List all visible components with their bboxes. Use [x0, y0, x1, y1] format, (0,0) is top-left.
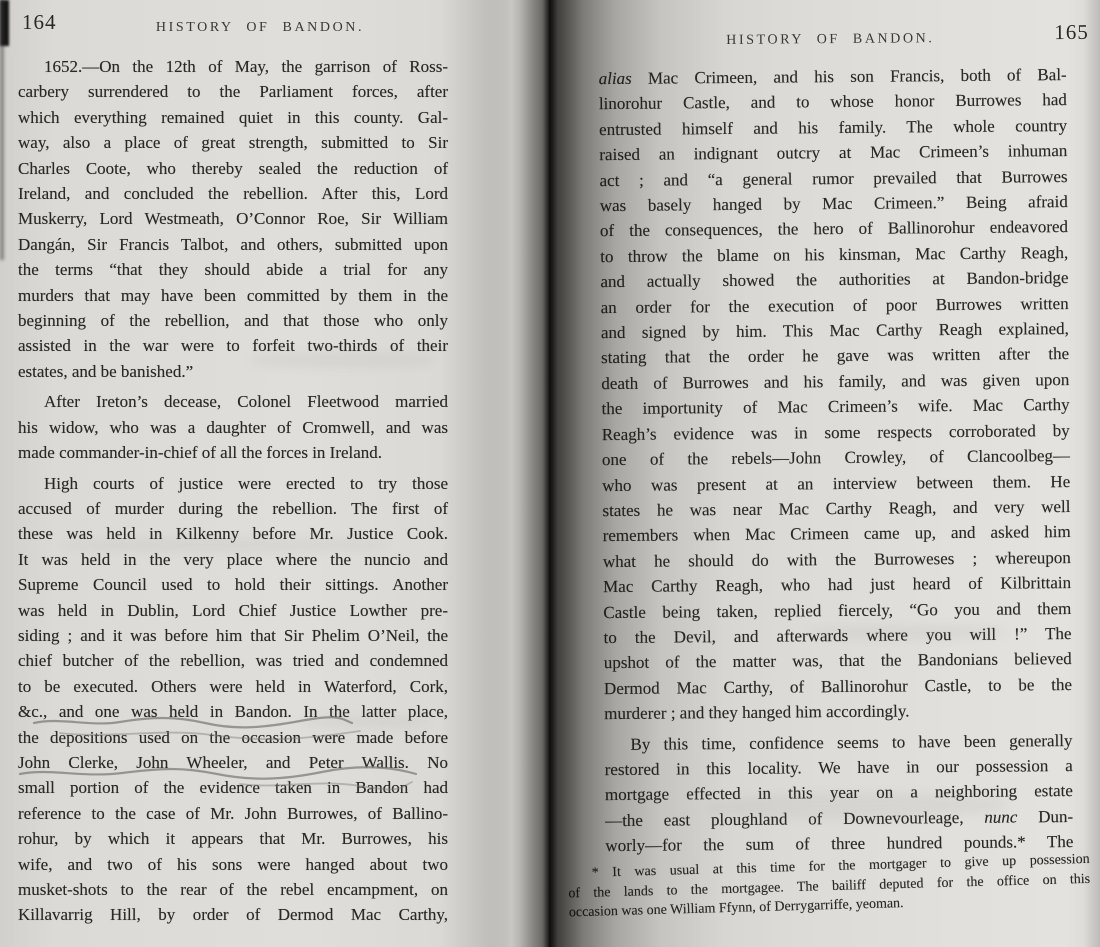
- text-line: murderer ; and they hanged him according…: [604, 697, 1072, 726]
- text-line: rohur, by which it appears that Mr. Burr…: [18, 826, 448, 851]
- text-line: After Ireton’s decease, Colonel Fleetwoo…: [18, 389, 448, 414]
- text-line: siding ; and it was before him that Sir …: [18, 623, 448, 648]
- bleedthrough-smudge: [60, 538, 390, 552]
- scan-edge-artifact: [0, 0, 4, 260]
- text-line: John Clerke, John Wheeler, and Peter Wal…: [18, 750, 448, 775]
- running-header-right: HISTORY OF BANDON.: [680, 31, 980, 50]
- text-line: the importunity of Mac Crimeen’s wife. M…: [601, 392, 1069, 421]
- page-number-left: 164: [22, 10, 57, 35]
- text-line: reference to the case of Mr. John Burrow…: [18, 801, 448, 826]
- text-line: beginning of the rebellion, and that tho…: [18, 308, 448, 333]
- text-line: to be executed. Others were held in Wate…: [18, 674, 448, 699]
- text-line: Muskerry, Lord Westmeath, O’Connor Roe, …: [18, 206, 448, 231]
- text-line: of the consequences, the hero of Ballino…: [600, 214, 1068, 243]
- text-line: small portion of the evidence taken in B…: [18, 775, 448, 800]
- text-line: the terms “that they should abide a tria…: [18, 257, 448, 282]
- text-line: musket-shots to the rear of the rebel en…: [18, 877, 448, 902]
- text-line: his widow, who was a daughter of Cromwel…: [18, 415, 448, 440]
- text-line: Dermod Mac Carthy, of Ballinorohur Castl…: [604, 672, 1072, 701]
- text-line: Ireland, and concluded the rebellion. Af…: [18, 181, 448, 206]
- open-book-spread: 164 HISTORY OF BANDON. 1652.—On the 12th…: [0, 0, 1100, 947]
- text-line: High courts of justice were erected to t…: [18, 471, 448, 496]
- book-scan-screenshot: { "colors": { "paper": "#dcdad6", "ink":…: [0, 0, 1100, 947]
- text-line: remembers when Mac Crimeen came up, and …: [603, 519, 1071, 548]
- text-line: carbery surrendered to the Parliament fo…: [18, 79, 448, 104]
- page-left: 164 HISTORY OF BANDON. 1652.—On the 12th…: [0, 0, 552, 947]
- running-header-left: HISTORY OF BANDON.: [110, 20, 410, 36]
- text-line: who was present at an interview between …: [602, 469, 1070, 498]
- text-line: made commander-in-chief of all the force…: [18, 440, 448, 465]
- text-line: 1652.—On the 12th of May, the garrison o…: [18, 54, 448, 79]
- left-page-text: 1652.—On the 12th of May, the garrison o…: [18, 54, 448, 928]
- text-line: chief butcher of the rebellion, was trie…: [18, 648, 448, 673]
- text-line: was held in Dublin, Lord Chief Justice L…: [18, 598, 448, 623]
- paragraph: 1652.—On the 12th of May, the garrison o…: [18, 54, 448, 384]
- bleedthrough-smudge: [300, 716, 430, 728]
- text-line: and actually showed the authorities at B…: [600, 265, 1068, 294]
- bleedthrough-smudge: [250, 352, 435, 368]
- paragraph: After Ireton’s decease, Colonel Fleetwoo…: [18, 389, 448, 465]
- text-line: upshot of the matter was, that the Bando…: [604, 646, 1072, 675]
- paragraph: * It was usual at this time for the mort…: [568, 850, 1091, 923]
- text-line: one of the rebels—John Crowley, of Clanc…: [602, 443, 1070, 472]
- text-line: wife, and two of his sons were hanged ab…: [18, 852, 448, 877]
- text-line: which everything remained quiet in this …: [18, 105, 448, 130]
- text-line: Supreme Council used to hold their sitti…: [18, 572, 448, 597]
- page-right: HISTORY OF BANDON. 165 alias Mac Crimeen…: [552, 0, 1100, 947]
- footnote: * It was usual at this time for the mort…: [568, 850, 1091, 923]
- text-line: stating that the order he gave was writt…: [601, 341, 1069, 370]
- text-line: raised an indignant outcry at Mac Crimee…: [599, 138, 1067, 167]
- text-line: Dangán, Sir Francis Talbot, and others, …: [18, 232, 448, 257]
- text-line: the depositions used on the occasion wer…: [18, 725, 448, 750]
- text-line: Mac Carthy Reagh, who had just heard of …: [603, 570, 1071, 599]
- right-page-tilted-content: HISTORY OF BANDON. 165 alias Mac Crimeen…: [552, 0, 1100, 947]
- text-line: way, also a place of great strength, sub…: [18, 130, 448, 155]
- text-line: murders that may have been committed by …: [18, 283, 448, 308]
- page-number-right: 165: [1054, 20, 1089, 45]
- text-line: Charles Coote, who thereby sealed the re…: [18, 156, 448, 181]
- right-page-text: alias Mac Crimeen, and his son Francis, …: [599, 62, 1074, 859]
- text-line: linorohur Castle, and to whose honor Bur…: [599, 87, 1067, 116]
- text-line: accused of murder during the rebellion. …: [18, 496, 448, 521]
- text-line: Killavarrig Hill, by order of Dermod Mac…: [18, 902, 448, 927]
